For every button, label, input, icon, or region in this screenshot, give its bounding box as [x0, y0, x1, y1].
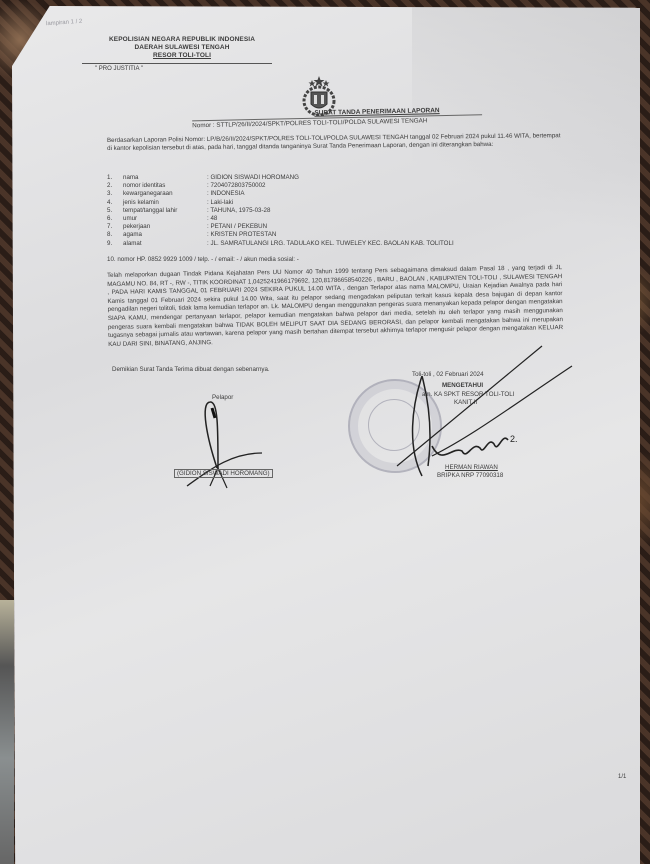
identity-row: 5.tempat/tanggal lahir: TAHUNA, 1975-03-…	[107, 207, 577, 215]
field-label: pekerjaan	[123, 223, 207, 231]
letterhead-line-2: DAERAH SULAWESI TENGAH	[82, 44, 282, 52]
row-number: 2.	[107, 182, 123, 190]
identity-row: 3.kewarganegaraan: INDONESIA	[107, 190, 577, 198]
field-label: jenis kelamin	[123, 199, 207, 207]
row-number: 5.	[107, 207, 123, 215]
field-label: agama	[123, 231, 207, 239]
identity-row: 8.agama: KRISTEN PROTESTAN	[107, 231, 577, 239]
contact-line: 10. nomor HP. 0852 9929 1009 / telp. - /…	[107, 256, 299, 263]
identity-row: 4.jenis kelamin: Laki-laki	[107, 199, 577, 207]
row-number: 8.	[107, 231, 123, 239]
row-number: 7.	[107, 223, 123, 231]
field-label: umur	[123, 215, 207, 223]
row-number: 4.	[107, 199, 123, 207]
field-value: : JL. SAMRATULANGI LRG. TADULAKO KEL. TU…	[207, 240, 577, 248]
field-label: nomor identitas	[123, 182, 207, 190]
identity-row: 2.nomor identitas: 7204072803750002	[107, 182, 577, 190]
faint-top-note: lampiran 1 / 2	[46, 19, 83, 28]
field-value: : 7204072803750002	[207, 182, 577, 190]
identity-row: 9.alamat: JL. SAMRATULANGI LRG. TADULAKO…	[107, 240, 577, 248]
field-value: : KRISTEN PROTESTAN	[207, 231, 577, 239]
document-page: lampiran 1 / 2 KEPOLISIAN NEGARA REPUBLI…	[12, 6, 640, 864]
field-value: : 48	[207, 215, 577, 223]
reporter-identity-list: 1.nama: GIDION SISWADI HOROMANG 2.nomor …	[107, 174, 577, 248]
svg-text:2.: 2.	[510, 434, 518, 444]
background-left-edge	[0, 600, 14, 864]
field-value: : TAHUNA, 1975-03-28	[207, 207, 577, 215]
row-number: 1.	[107, 174, 123, 182]
field-label: alamat	[123, 240, 207, 248]
closing-statement: Demikian Surat Tanda Terima dibuat denga…	[112, 366, 270, 373]
field-label: kewarganegaraan	[123, 190, 207, 198]
row-number: 3.	[107, 190, 123, 198]
field-value: : INDONESIA	[207, 190, 577, 198]
officer-rank-nrp: BRIPKA NRP 77090318	[437, 472, 503, 480]
reporter-name: (GIDION SISWADI HOROMANG)	[174, 469, 273, 478]
row-number: 6.	[107, 215, 123, 223]
identity-row: 6.umur: 48	[107, 215, 577, 223]
field-value: : PETANI / PEKEBUN	[207, 223, 577, 231]
officer-name: HERMAN RIAWAN	[445, 464, 503, 472]
officer-name-block: HERMAN RIAWAN BRIPKA NRP 77090318	[437, 464, 503, 480]
page-count: 1/1	[618, 774, 626, 780]
field-value: : GIDION SISWADI HOROMANG	[207, 174, 577, 182]
letterhead-line-3: RESOR TOLI-TOLI	[82, 52, 282, 60]
header-rule	[82, 63, 272, 64]
field-value: : Laki-laki	[207, 199, 577, 207]
identity-row: 7.pekerjaan: PETANI / PEKEBUN	[107, 223, 577, 231]
row-number: 9.	[107, 240, 123, 248]
letterhead: KEPOLISIAN NEGARA REPUBLIK INDONESIA DAE…	[82, 36, 282, 60]
pro-justitia: " PRO JUSTITIA "	[95, 66, 143, 72]
field-label: nama	[123, 174, 207, 182]
field-label: tempat/tanggal lahir	[123, 207, 207, 215]
identity-row: 1.nama: GIDION SISWADI HOROMANG	[107, 174, 577, 182]
letterhead-line-1: KEPOLISIAN NEGARA REPUBLIK INDONESIA	[82, 36, 282, 44]
